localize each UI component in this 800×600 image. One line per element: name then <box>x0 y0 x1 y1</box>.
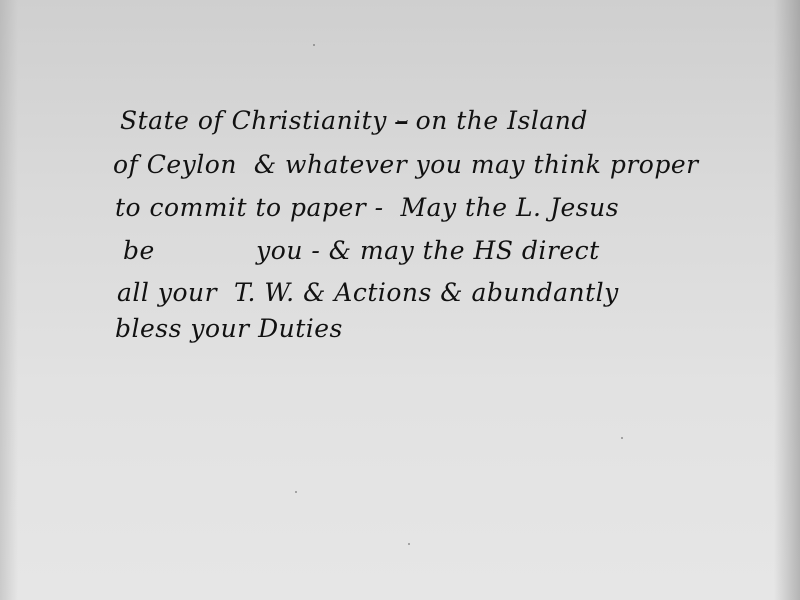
handwritten-line-5: all your T. W. & Actions & abundantly <box>117 278 619 307</box>
paper-speck <box>295 491 297 493</box>
handwritten-line-1: State of Christianity ꟷ on the Island <box>120 106 588 135</box>
struck-out-word: ꟷ <box>395 115 407 131</box>
line-1-rest: on the Island <box>407 106 588 135</box>
line-1-text: State of Christianity <box>120 106 387 135</box>
paper-speck <box>313 44 315 46</box>
manuscript-page: State of Christianity ꟷ on the Island of… <box>0 0 800 600</box>
handwritten-line-4: be you - & may the HS direct <box>123 236 600 265</box>
paper-speck <box>621 437 623 439</box>
handwritten-line-6: bless your Duties <box>115 314 343 343</box>
handwritten-line-2: of Ceylon & whatever you may think prope… <box>113 150 699 179</box>
handwritten-line-3: to commit to paper - May the L. Jesus <box>115 193 619 222</box>
paper-speck <box>408 543 410 545</box>
